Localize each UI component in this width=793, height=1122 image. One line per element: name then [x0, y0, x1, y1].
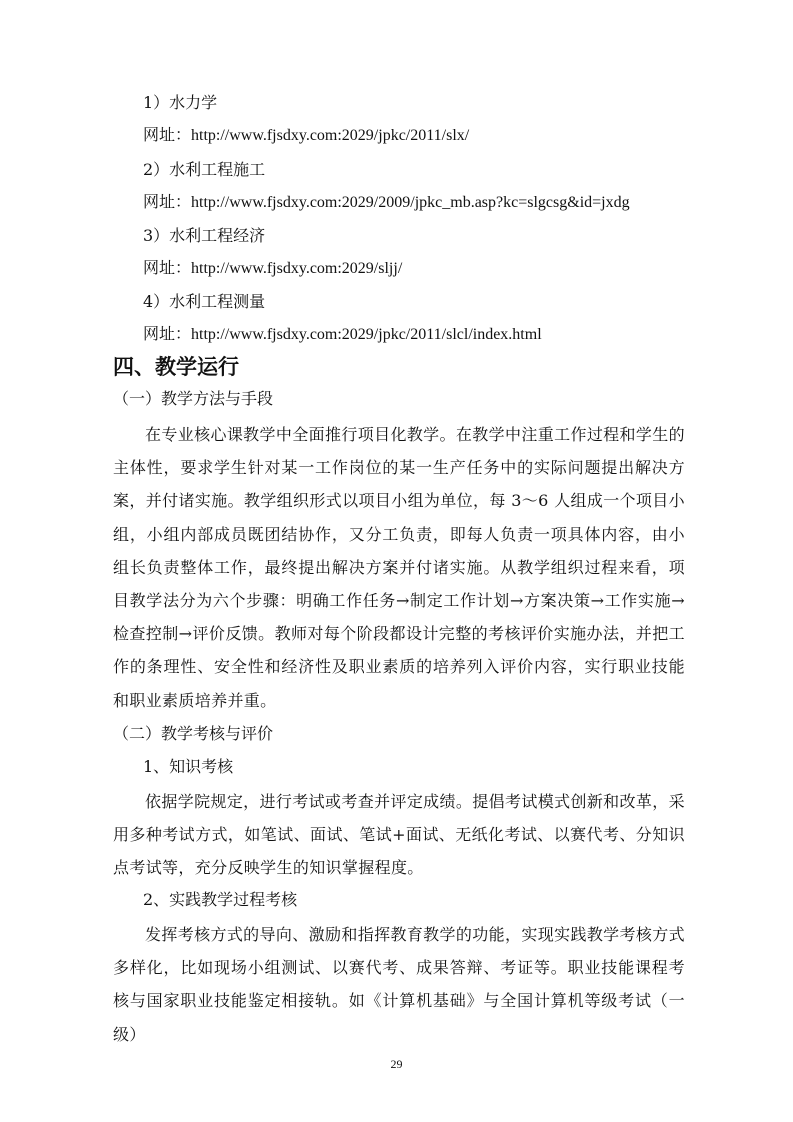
paragraph-teaching-methods: 在专业核心课教学中全面推行项目化教学。在教学中注重工作过程和学生的主体性，要求学…: [113, 418, 685, 717]
course-url-4: 网址：http://www.fjsdxy.com:2029/jpkc/2011/…: [143, 325, 713, 345]
document-page: 1）水力学 网址：http://www.fjsdxy.com:2029/jpkc…: [0, 0, 793, 1122]
course-url-3: 网址：http://www.fjsdxy.com:2029/sljj/: [143, 259, 713, 279]
course-title-2: 2）水利工程施工: [143, 160, 713, 180]
item-title-1: 1、知识考核: [143, 757, 713, 777]
course-url-2: 网址：http://www.fjsdxy.com:2029/2009/jpkc_…: [143, 193, 713, 213]
paragraph-practice-assessment: 发挥考核方式的导向、激励和指挥教育教学的功能，实现实践教学考核方式多样化，比如现…: [113, 918, 685, 1051]
subsection-title-2: （二）教学考核与评价: [113, 724, 683, 744]
item-title-2: 2、实践教学过程考核: [143, 890, 713, 910]
paragraph-knowledge-assessment: 依据学院规定，进行考试或考查并评定成绩。提倡考试模式创新和改革，采用多种考试方式…: [113, 785, 685, 885]
course-title-3: 3）水利工程经济: [143, 226, 713, 246]
course-title-1: 1）水力学: [143, 93, 713, 113]
course-url-1: 网址：http://www.fjsdxy.com:2029/jpkc/2011/…: [143, 126, 713, 146]
subsection-title-1: （一）教学方法与手段: [113, 389, 683, 409]
section-heading: 四、教学运行: [113, 354, 239, 380]
page-number: 29: [0, 1057, 793, 1072]
course-title-4: 4）水利工程测量: [143, 292, 713, 312]
